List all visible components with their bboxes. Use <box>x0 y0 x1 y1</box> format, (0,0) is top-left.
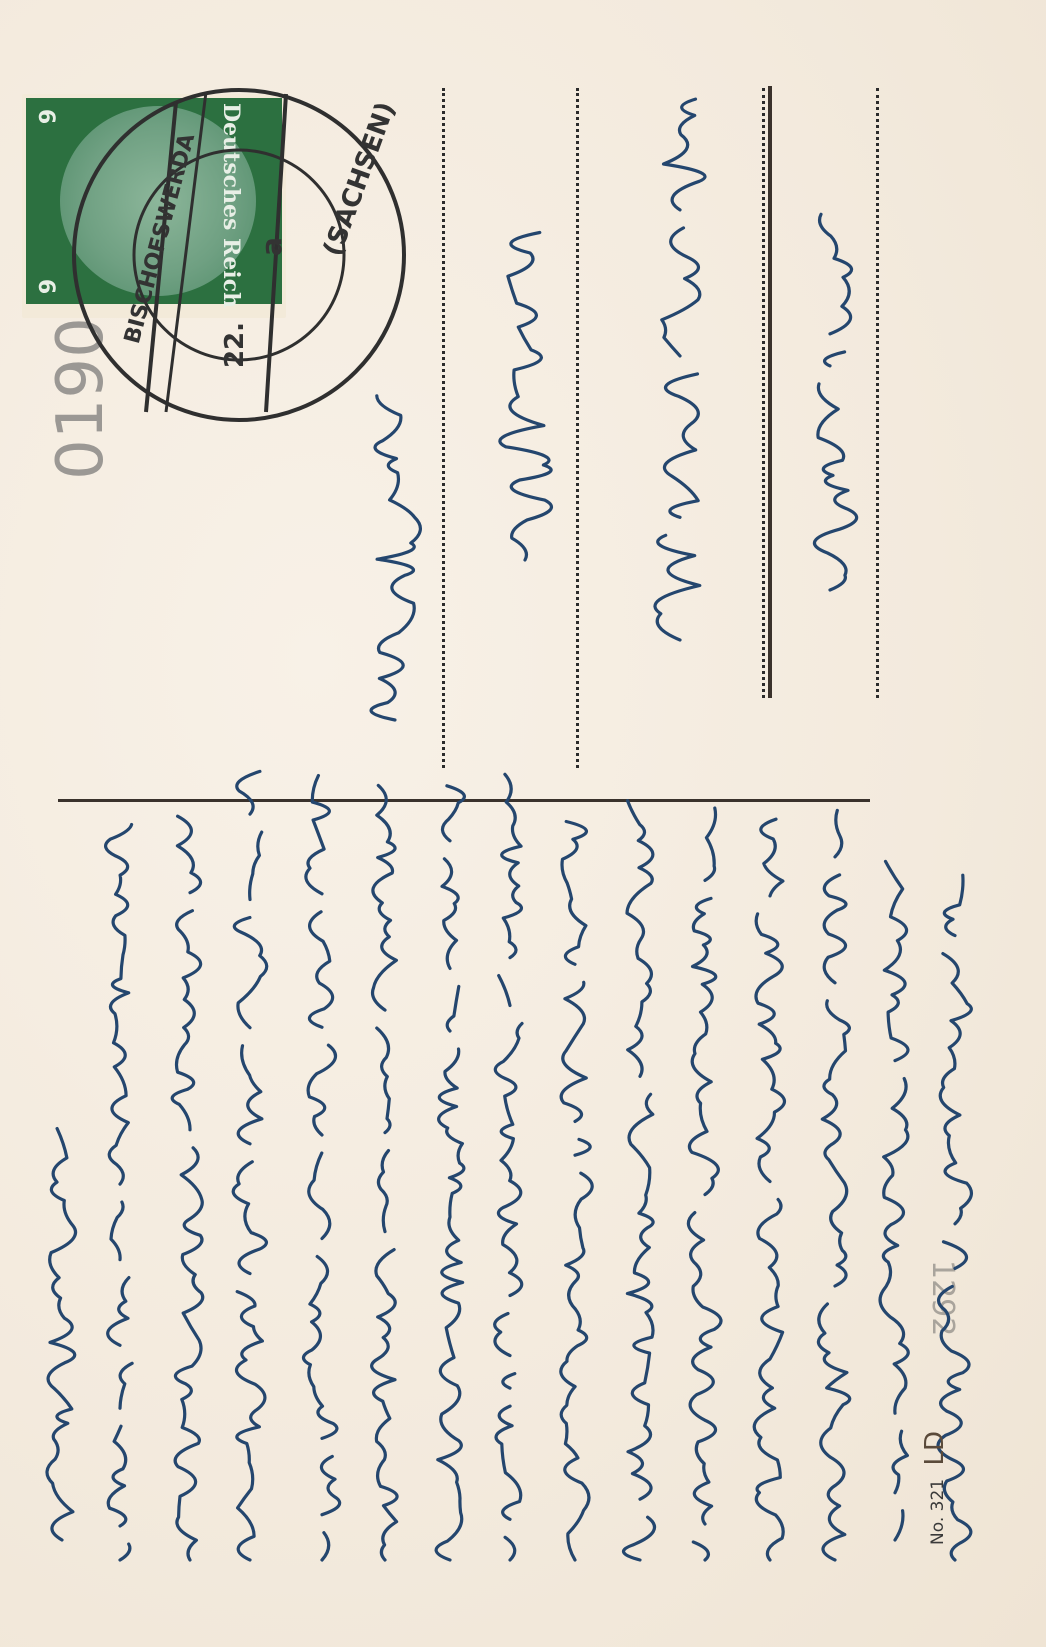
message-address-divider <box>58 799 870 802</box>
printer-number-label: No. 321 <box>928 1479 948 1545</box>
pencil-side-number: 1292 <box>925 1260 960 1336</box>
stamp-denomination-bottom: 6 <box>33 279 58 294</box>
postcard: 01906 1292 6 6 Deutsches Reich (SACHSEN)… <box>0 0 1046 1647</box>
printer-mark: No. 321 LD <box>920 1431 950 1545</box>
postmark-letter-code: a <box>255 237 288 256</box>
address-line-3 <box>762 88 765 698</box>
address-underline-solid <box>768 86 772 698</box>
stamp-country-text: Deutsches Reich <box>218 103 244 303</box>
postmark-date-fragment: 22. <box>220 322 250 368</box>
address-line-4 <box>876 88 879 698</box>
stamp-denomination-top: 6 <box>33 109 58 124</box>
postmark-region-text: (SACHSEN) <box>318 98 401 260</box>
printer-logo-mark: LD <box>920 1431 950 1466</box>
address-line-2 <box>576 88 579 768</box>
address-line-1 <box>442 88 445 768</box>
